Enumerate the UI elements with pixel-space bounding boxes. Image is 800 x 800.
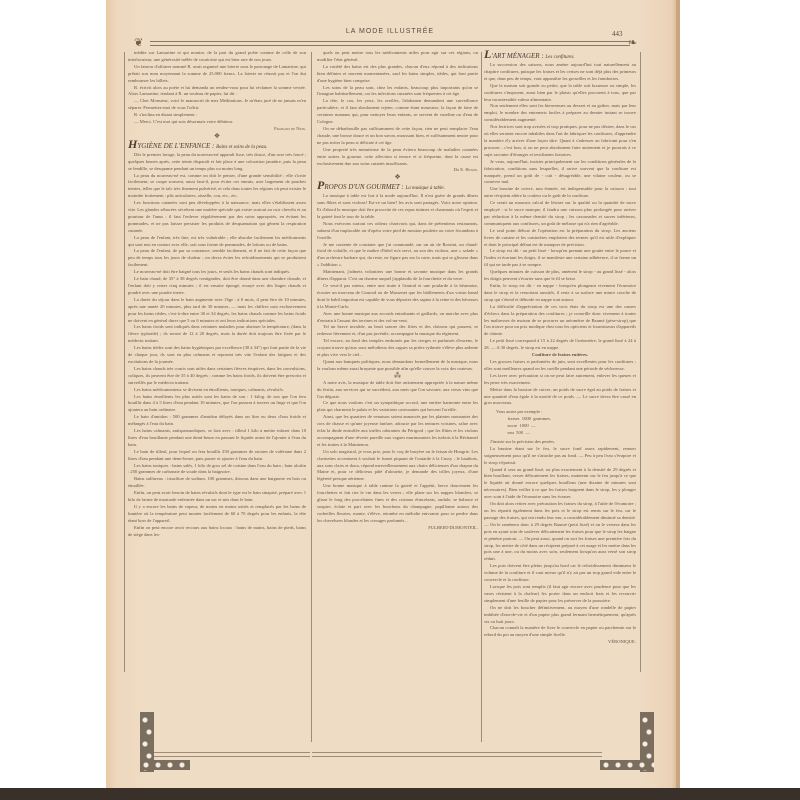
paragraph: quels on peut mettre tous les médicament… [317,50,478,64]
paragraph: Chacun connaît la manière de fixer le co… [484,625,636,639]
menager-article: La succession des saisons, nous amène au… [484,62,636,352]
paragraph: Un solo magistral, je vous prie, pour le… [317,449,478,484]
gourmet-title: PROPOS D'UN GOURMET : La musique à table… [317,181,478,193]
recipe-title: Confiture de fraises entières. [484,352,636,359]
paragraph: Avec une bonne musique aux accords entra… [317,311,478,325]
column-3: L'ART MÉNAGER : Les confitures. La succe… [484,50,636,690]
paragraph: Tel un brave invalide, au bruit sonore d… [317,324,478,338]
paragraph: inédite sur Lamartine et qui montre, de … [128,50,306,64]
paragraph: Les grosses fraises si parfumées de juin… [484,359,636,373]
paragraph: Nos lectrices sont trop avisées et trop … [484,124,636,159]
paragraph: Une bassine de cuivre, non étamée, est i… [484,186,636,200]
paragraph: Quant aux banquets politiques, nous dema… [317,359,478,373]
column-2: quels on peut mettre tous les médicament… [317,50,478,690]
hygiene-article: Dès le premier lavage, la peau du nouvea… [128,152,306,539]
masthead-title: LA MODE ILLUSTRÉE [140,28,640,42]
menager-signature: VÉRONIQUE. [484,639,636,646]
paragraph: La variété des bains est des plus grande… [317,64,478,85]
paragraph: La tête, le cou, les yeux, les oreilles,… [317,98,478,126]
paragraph: J'insiste sur la précision des pesées. [484,439,636,446]
paragraph: La peau de l'enfant, très fine, est très… [128,235,306,249]
page-edge [676,0,680,788]
paragraph: La peau du nouveau-né est, comme on doit… [128,173,306,201]
column-rule-2 [481,52,482,742]
page-number: 443 [612,30,623,38]
paragraph: On ne doit les boucher définitivement, a… [484,605,636,626]
paragraph: Le petit lissé correspond à 15 à 22 degr… [484,338,636,352]
paragraph: Maintenant, j'admets volontiers une bonn… [317,269,478,283]
paragraph: Enfin, le sirop est dit - en nappe - lor… [484,283,636,304]
paragraph: Non seulement elles sont les bienvenues … [484,103,636,124]
paragraph: Les bains toniques : bains salés, 1 kilo… [128,463,306,477]
paragraph: Je veux, aujourd'hui, insister principal… [484,159,636,187]
recipe-quantity-row: fraises 1000 grammes. [496,416,636,423]
header-rule [150,41,630,46]
intro-article: inédite sur Lamartine et qui montre, de … [128,50,306,126]
paragraph: Le bain d'amidon : 500 grammes d'amidon … [128,414,306,428]
fleuron-separator-icon: ❖ [317,174,478,181]
paragraph: Enfin, on peut avoir besoin de bains rév… [128,490,306,504]
paragraph: A notre avis, la musique de table doit ê… [317,380,478,401]
paragraph: Une propreté très minutieuse de la peau … [317,147,478,168]
recipe-quantities: Vous aurez par exemple : fraises 1000 gr… [496,409,636,437]
paragraph: La durée du séjour dans le bain augmente… [128,297,306,325]
column-rule-right [640,52,641,672]
column-rule-1 [311,52,312,742]
paragraph: Lorsque les pots sont remplis (il faut a… [484,584,636,605]
paragraph: Ainsi, que les quartiers de venaison soi… [317,414,478,449]
paragraph: Quand il sera au grand lissé, ou plus ex… [484,467,636,502]
hygiene-article-continued: quels on peut mettre tous les médicament… [317,50,478,167]
paragraph: Les bains calmants, antispasmodiques, se… [128,428,306,449]
paragraph: Que la maison soit grande ou petite, que… [484,83,636,104]
paragraph: Le sirop est dit - au petit lissé - lors… [484,248,636,269]
recipe-part-1: Les grosses fraises si parfumées de juin… [484,359,636,407]
paragraph: Enfin on peut encore avoir recours aux b… [128,525,306,539]
paragraph: Une bonne musique à table ranime la gaie… [317,483,478,524]
paragraph: Je me contente de constater que j'ai com… [317,242,478,270]
paragraph: Mettre dans la bassine de cuivre, un poi… [484,387,636,408]
paragraph: Le bain de tilleul, pour lequel on fera … [128,449,306,463]
paragraph: On doit alors retirer avec précaution le… [484,501,636,563]
footer-rule-right [312,752,602,757]
paragraph: Tel encore, au fond des temples embrasés… [317,338,478,359]
paragraph: R. s'inclina en disant simplement : [128,112,306,119]
paragraph: La peau de l'enfant, de par sa constance… [128,248,306,269]
paragraph: Il y a encore les bains de vapeur, de mo… [128,504,306,525]
column-rule-left [124,52,125,672]
paragraph: Quelques minutes de cuisson de plus, amè… [484,269,636,283]
asterism-separator: ⁂ [317,373,478,380]
gourmet-signature: FULBERT-DUMONTEIL. [317,525,478,532]
paragraph: Les bains chauds très courts sont utiles… [128,366,306,387]
paragraph: Les pots doivent être pleins jusqu'au bo… [484,563,636,584]
paragraph: Ce que nous voulons c'est un sympathique… [317,400,478,414]
paragraph: Les bains tièdes sont des bains hygiéniq… [128,345,306,366]
paragraph: Le nouveau-né doit être baigné tous les … [128,269,306,276]
corner-ornament-left-foot-icon [140,760,190,770]
paragraph: La difficulté d'appréciation de ces troi… [484,304,636,339]
paragraph: Dès le premier lavage, la peau du nouvea… [128,152,306,173]
paragraph: Le bain chaud, de 35° à 38 degrés centig… [128,276,306,297]
paragraph: Bains sulfureux : trisulfure de sodium, … [128,476,306,490]
column-1: inédite sur Lamartine et qui montre, de … [128,50,306,745]
recipe-part-2: J'insiste sur la précision des pesées.La… [484,439,636,639]
footer-rule-left [140,752,310,757]
paragraph: La succession des saisons, nous amène au… [484,62,636,83]
paragraph: — Cher Monsieur, voici le manuscrit de m… [128,98,306,112]
corner-ornament-right-foot-icon [600,760,654,770]
gourmet-article: La musique à table est fort à la mode au… [317,193,478,373]
paragraph: Les bains émollients les plus usités son… [128,394,306,415]
paragraph: Les fonctions cutanées sont peu développ… [128,200,306,235]
paragraph: Nous exécrons surtout ces odieux chariva… [317,221,478,242]
paragraph: La bassine étant sur le feu, le sucre fo… [484,446,636,467]
recipe-quantity-row: eau 500 — [496,430,636,437]
hygiene-title: HYGIÈNE DE L'ENFANCE : Bains et soins de… [128,140,306,152]
fleuron-separator-icon: ❖ [128,133,306,140]
paragraph: Un faiseur d'affaires nommé R. avait org… [128,64,306,85]
paragraph: Les soins de la peau sont, chez les enfa… [317,85,478,99]
paragraph: Les laver avec précaution si on ne peut … [484,373,636,387]
scan-background [0,788,800,800]
paragraph: — Merci. C'est moi qui suis désormais vo… [128,119,306,126]
menager-title: L'ART MÉNAGER : Les confitures. [484,50,636,62]
recipe-quantity-row: sucre 1000 — [496,423,636,430]
paragraph: Les bains médicamenteux se divisent en é… [128,387,306,394]
gourmet-article-part-2: A notre avis, la musique de table doit ê… [317,380,478,525]
paragraph: Ce veut-il pas mieux, entre une truite à… [317,283,478,311]
paragraph: La musique à table est fort à la mode au… [317,193,478,221]
paragraph: R. écrivit alors au poète et lui demanda… [128,85,306,99]
paragraph: On ne débarbouille pas suffisamment de c… [317,126,478,147]
paragraph: Le seul point délicat de l'opération est… [484,228,636,249]
paragraph: Les bains froids sont indiqués dans cert… [128,324,306,345]
paragraph: Ce serait un mauvais calcul de lésiner s… [484,200,636,228]
